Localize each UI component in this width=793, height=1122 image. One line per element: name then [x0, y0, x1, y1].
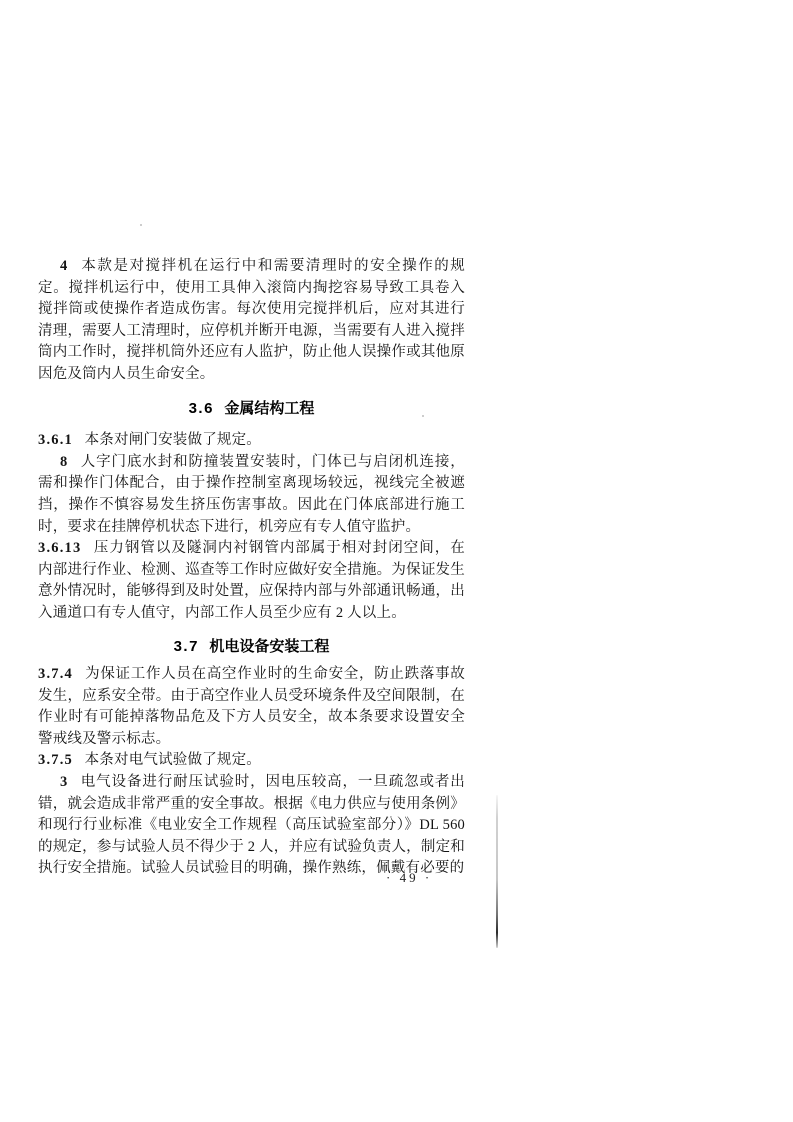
- text-line: 错，就会造成非常严重的安全事故。根据《电力供应与使用条例》: [38, 794, 465, 816]
- text-line: 入通道口有专人值守，内部工作人员至少应有 2 人以上。: [38, 603, 465, 625]
- section-number: 3.7: [174, 638, 199, 655]
- text-line: 3电气设备进行耐压试验时，因电压较高，一旦疏忽或者出: [38, 772, 465, 794]
- section-heading-3-6: 3.6金属结构工程: [38, 398, 465, 420]
- text-line: 清理，需要人工清理时，应停机并断开电源，当需要有人进入搅拌: [38, 321, 465, 343]
- paragraph-clause-3-6-13: 3.6.13压力钢管以及隧洞内衬钢管内部属于相对封闭空间，在 内部进行作业、检测…: [38, 538, 465, 624]
- text-line: 时，要求在挂牌停机状态下进行，机旁应有专人值守监护。: [38, 517, 465, 539]
- text-line: 的规定，参与试验人员不得少于 2 人，并应有试验负责人，制定和: [38, 837, 465, 859]
- text-line: 搅拌筒或使操作者造成伤害。每次使用完搅拌机后，应对其进行: [38, 299, 465, 321]
- text-line-content: 本条对电气试验做了规定。: [85, 752, 261, 768]
- scan-speck: [422, 415, 424, 417]
- text-line: 需和操作门体配合，由于操作控制室离现场较远，视线完全被遮: [38, 473, 465, 495]
- text-line: 3.6.1本条对闸门安装做了规定。: [38, 430, 465, 452]
- text-line-content: 为保证工作人员在高空作业时的生命安全，防止跌落事故: [85, 666, 465, 682]
- clause-number: 3.7.4: [38, 666, 73, 682]
- text-line: 3.7.5本条对电气试验做了规定。: [38, 750, 465, 772]
- section-number: 3.6: [189, 400, 214, 417]
- paragraph-item-4: 4本款是对搅拌机在运行中和需要清理时的安全操作的规 定。搅拌机运行中，使用工具伸…: [38, 256, 465, 386]
- text-line: 警戒线及警示标志。: [38, 729, 465, 751]
- text-line: 筒内工作时，搅拌机筒外还应有人监护，防止他人误操作或其他原: [38, 342, 465, 364]
- paragraph-item-3: 3电气设备进行耐压试验时，因电压较高，一旦疏忽或者出 错，就会造成非常严重的安全…: [38, 772, 465, 880]
- clause-number: 3.6.1: [38, 432, 73, 448]
- scan-speck: [140, 224, 142, 226]
- text-line-content: 人字门底水封和防撞装置安装时，门体已与启闭机连接，: [80, 454, 465, 470]
- text-line: 3.6.13压力钢管以及隧洞内衬钢管内部属于相对封闭空间，在: [38, 538, 465, 560]
- text-line: 作业时有可能掉落物品危及下方人员安全，故本条要求设置安全: [38, 707, 465, 729]
- text-line-content: 本款是对搅拌机在运行中和需要清理时的安全操作的规: [80, 258, 465, 274]
- text-line: 内部进行作业、检测、巡查等工作时应做好安全措施。为保证发生: [38, 560, 465, 582]
- text-line: 8人字门底水封和防撞装置安装时，门体已与启闭机连接，: [38, 452, 465, 474]
- text-column: 4本款是对搅拌机在运行中和需要清理时的安全操作的规 定。搅拌机运行中，使用工具伸…: [38, 256, 465, 880]
- paragraph-clause-3-7-5: 3.7.5本条对电气试验做了规定。: [38, 750, 465, 772]
- clause-number: 3.7.5: [38, 752, 73, 768]
- scan-artifact-line: [496, 795, 498, 948]
- text-line: 定。搅拌机运行中，使用工具伸入滚筒内掏挖容易导致工具卷入: [38, 278, 465, 300]
- section-title: 金属结构工程: [224, 400, 314, 417]
- document-page: 4本款是对搅拌机在运行中和需要清理时的安全操作的规 定。搅拌机运行中，使用工具伸…: [0, 0, 793, 1122]
- text-line-content: 本条对闸门安装做了规定。: [85, 432, 261, 448]
- section-title: 机电设备安装工程: [209, 638, 329, 655]
- item-number: 3: [60, 774, 68, 790]
- item-number: 8: [60, 454, 68, 470]
- section-heading-3-7: 3.7机电设备安装工程: [38, 636, 465, 658]
- paragraph-item-8: 8人字门底水封和防撞装置安装时，门体已与启闭机连接， 需和操作门体配合，由于操作…: [38, 452, 465, 538]
- text-line: 和现行行业标准《电业安全工作规程（高压试验室部分）》DL 560: [38, 815, 465, 837]
- paragraph-clause-3-7-4: 3.7.4为保证工作人员在高空作业时的生命安全，防止跌落事故 发生，应系安全带。…: [38, 664, 465, 750]
- text-line: 发生，应系安全带。由于高空作业人员受环境条件及空间限制，在: [38, 686, 465, 708]
- paragraph-clause-3-6-1: 3.6.1本条对闸门安装做了规定。: [38, 430, 465, 452]
- text-line: 4本款是对搅拌机在运行中和需要清理时的安全操作的规: [38, 256, 465, 278]
- text-line: 因危及筒内人员生命安全。: [38, 364, 465, 386]
- text-line-content: 压力钢管以及隧洞内衬钢管内部属于相对封闭空间，在: [93, 540, 465, 556]
- item-number: 4: [60, 258, 68, 274]
- text-line: 意外情况时，能够得到及时处置，应保持内部与外部通讯畅通，出: [38, 581, 465, 603]
- text-line: 挡，操作不慎容易发生挤压伤害事故。因此在门体底部进行施工: [38, 495, 465, 517]
- clause-number: 3.6.13: [38, 540, 81, 556]
- page-number: · 49 ·: [386, 870, 432, 886]
- text-line: 3.7.4为保证工作人员在高空作业时的生命安全，防止跌落事故: [38, 664, 465, 686]
- text-line-content: 电气设备进行耐压试验时，因电压较高，一旦疏忽或者出: [80, 774, 465, 790]
